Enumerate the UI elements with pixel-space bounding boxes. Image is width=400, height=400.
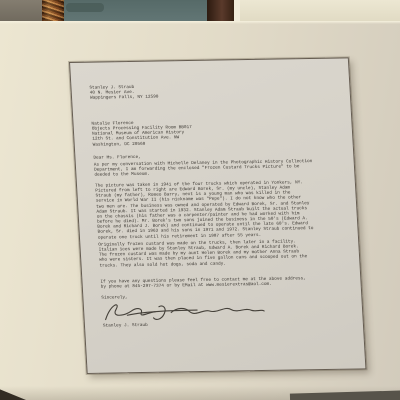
letter-paragraph-1: As per my conversation with Michelle Del… (94, 159, 331, 178)
mat-top-highlight (0, 21, 400, 24)
letter-paragraph-3: Originally frozen custard was made on th… (98, 239, 335, 269)
photo-of-framed-letter: Stanley J. Straub 40 N. Mesier Ave. Wapp… (0, 0, 400, 400)
sender-address: Stanley J. Straub 40 N. Mesier Ave. Wapp… (89, 82, 326, 101)
teal-panel-shadow (66, 3, 104, 12)
letter-paragraph-4: If you have any questions please feel fr… (100, 276, 336, 290)
recipient-address: Natalie Florence Objects Processing Faci… (91, 118, 328, 148)
letter-paragraph-2: The picture was taken in 1941 of the fou… (95, 180, 334, 241)
letter-page: Stanley J. Straub 40 N. Mesier Ave. Wapp… (69, 57, 366, 374)
wall-right-section (240, 0, 400, 21)
